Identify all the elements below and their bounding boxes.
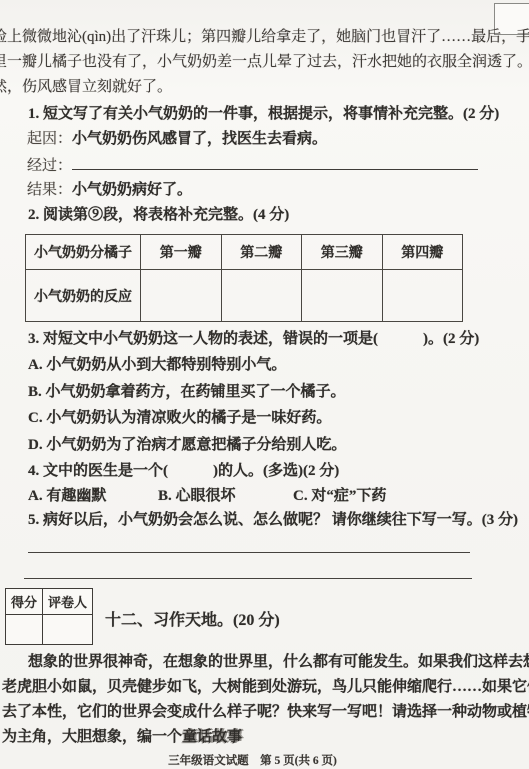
table-blank-cell	[221, 270, 302, 322]
table-header-cell: 小气奶奶分橘子	[26, 235, 141, 270]
question-3-option-d: D. 小气奶奶为了治病才愿意把橘子分给别人吃。	[28, 437, 346, 454]
section-12-title: 十二、习作天地。(20 分)	[105, 612, 280, 629]
question-1-cause: 起因：小气奶奶伤风感冒了，找医生去看病。	[27, 131, 327, 148]
question-1-text: 1. 短文写了有关小气奶奶的一件事，根据提示，将事情补充完整。(2 分)	[28, 106, 499, 123]
question-1-result: 结果：小气奶奶病好了。	[27, 182, 192, 199]
composition-paragraph-line: 去了本性，它们的世界会变成什么样子呢？快来写一写吧！请选择一种动物或植物作	[2, 704, 529, 721]
score-label: 得分	[6, 589, 43, 615]
table-header-cell: 第三瓣	[302, 235, 383, 270]
result-value: 小气奶奶病好了。	[72, 182, 192, 198]
grader-blank-cell	[43, 615, 93, 645]
score-blank-cell	[6, 615, 43, 645]
orange-segments-table: 小气奶奶分橘子 第一瓣 第二瓣 第三瓣 第四瓣 小气奶奶的反应	[25, 234, 463, 322]
answer-blank-line	[24, 576, 472, 579]
question-4-text: 4. 文中的医生是一个( )的人。(多选)(2 分)	[28, 463, 339, 480]
score-box: 得分 评卷人	[5, 588, 93, 645]
table-blank-cell	[302, 270, 383, 322]
cause-label: 起因：	[27, 131, 72, 147]
grader-label: 评卷人	[43, 589, 93, 615]
question-4-option-b: B. 心眼很坏	[158, 488, 236, 505]
passage-line: 脸上微微地沁(qìn)出了汗珠儿；第四瓣儿给拿走了，她脑门也冒汗了……最后，手心	[0, 29, 529, 46]
question-5-text: 5. 病好以后，小气奶奶会怎么说、怎么做呢？ 请你继续往下写一写。(3 分)	[28, 512, 518, 529]
composition-paragraph-line: 老虎胆小如鼠，贝壳健步如飞，大树能到处游玩，鸟儿只能伸缩爬行……如果它们都失	[2, 679, 529, 696]
question-4-option-a: A. 有趣幽默	[28, 488, 106, 505]
composition-paragraph-line: 想象的世界很神奇，在想象的世界里，什么都有可能发生。如果我们这样去想象：	[28, 654, 529, 671]
question-3-option-a: A. 小气奶奶从小到大都特别特别小气。	[28, 357, 286, 374]
answer-blank-line	[72, 156, 478, 170]
table-blank-cell	[141, 270, 222, 322]
question-3-option-b: B. 小气奶奶拿着药方，在药铺里买了一个橘子。	[28, 384, 346, 401]
question-3-text: 3. 对短文中小气奶奶这一人物的表述，错误的一项是( )。(2 分)	[28, 331, 479, 348]
scanned-test-page: 脸上微微地沁(qìn)出了汗珠儿；第四瓣儿给拿走了，她脑门也冒汗了……最后，手心…	[0, 0, 529, 769]
table-header-cell: 第一瓣	[141, 235, 222, 270]
result-label: 结果：	[27, 182, 72, 198]
passage-line: 然，伤风感冒立刻就好了。	[0, 79, 172, 96]
table-row-label: 小气奶奶的反应	[26, 270, 141, 322]
table-header-cell: 第四瓣	[382, 235, 463, 270]
composition-paragraph-line: 为主角，大胆想象，编一个童话故事	[2, 729, 242, 746]
cause-value: 小气奶奶伤风感冒了，找医生去看病。	[72, 131, 327, 147]
paragraph-line4-smudged: 童话故事	[182, 729, 242, 745]
question-2-text: 2. 阅读第⑨段，将表格补充完整。(4 分)	[28, 207, 289, 224]
question-3-option-c: C. 小气奶奶认为清凉败火的橘子是一味好药。	[28, 410, 331, 427]
question-4-option-c: C. 对“症”下药	[293, 488, 386, 505]
page-footer: 三年级语文试题 第 5 页(共 6 页)	[0, 752, 505, 768]
passage-line: 里一瓣儿橘子也没有了，小气奶奶差一点儿晕了过去，汗水把她的衣服全润透了。当	[0, 54, 529, 71]
process-label: 经过：	[27, 158, 72, 174]
question-1-process: 经过：	[27, 156, 478, 175]
answer-blank-line	[28, 550, 470, 553]
table-blank-cell	[382, 270, 463, 322]
table-header-cell: 第二瓣	[221, 235, 302, 270]
paragraph-line4-main: 为主角，大胆想象，编一个	[2, 729, 182, 745]
